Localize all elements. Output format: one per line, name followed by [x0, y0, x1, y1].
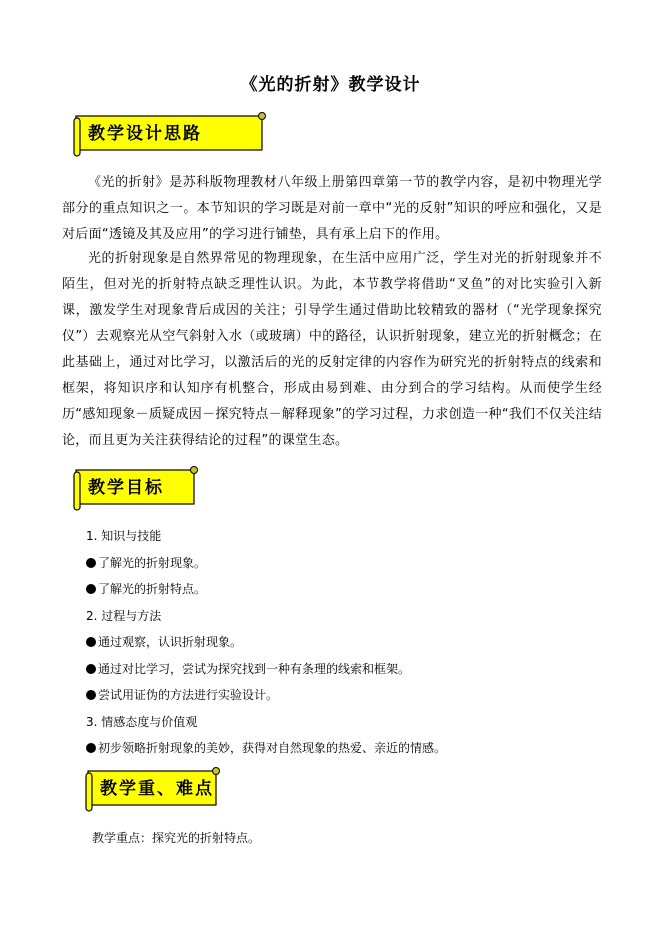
bullet-icon — [86, 584, 96, 594]
paragraph: 《光的折射》是苏科版物理教材八年级上册第四章第一节的教学内容，是初中物理光学部分… — [62, 170, 602, 248]
section-banner-design-ideas: 教学设计思路 — [70, 110, 270, 152]
objectives-list: 1. 知识与技能 了解光的折射现象。 了解光的折射特点。 2. 过程与方法 通过… — [86, 523, 446, 762]
document-title: 《光的折射》教学设计 — [0, 70, 661, 95]
section-heading: 教学重、难点 — [100, 774, 214, 799]
paragraph: 光的折射现象是自然界常见的物理现象，在生活中应用广泛，学生对光的折射现象并不陌生… — [62, 246, 602, 454]
bullet-icon — [86, 690, 96, 700]
section-banner-key-points: 教学重、难点 — [82, 765, 222, 807]
list-item: 初步领略折射现象的美妙，获得对自然现象的热爱、亲近的情感。 — [86, 735, 446, 762]
section-heading: 教学目标 — [88, 473, 164, 498]
bullet-icon — [86, 558, 96, 568]
list-item: 通过观察，认识折射现象。 — [86, 629, 446, 656]
list-item: 了解光的折射特点。 — [86, 576, 446, 603]
section-heading: 教学设计思路 — [88, 119, 202, 144]
list-item: 1. 知识与技能 — [86, 523, 446, 550]
bullet-icon — [86, 637, 96, 647]
section-banner-objectives: 教学目标 — [70, 464, 200, 506]
list-item: 尝试用证伪的方法进行实验设计。 — [86, 682, 446, 709]
bullet-icon — [86, 743, 96, 753]
key-point-text: 教学重点：探究光的折射特点。 — [92, 825, 260, 851]
list-item: 了解光的折射现象。 — [86, 550, 446, 577]
list-item: 通过对比学习，尝试为探究找到一种有条理的线索和框架。 — [86, 656, 446, 683]
list-item: 3. 情感态度与价值观 — [86, 709, 446, 736]
list-item: 2. 过程与方法 — [86, 603, 446, 630]
bullet-icon — [86, 664, 96, 674]
